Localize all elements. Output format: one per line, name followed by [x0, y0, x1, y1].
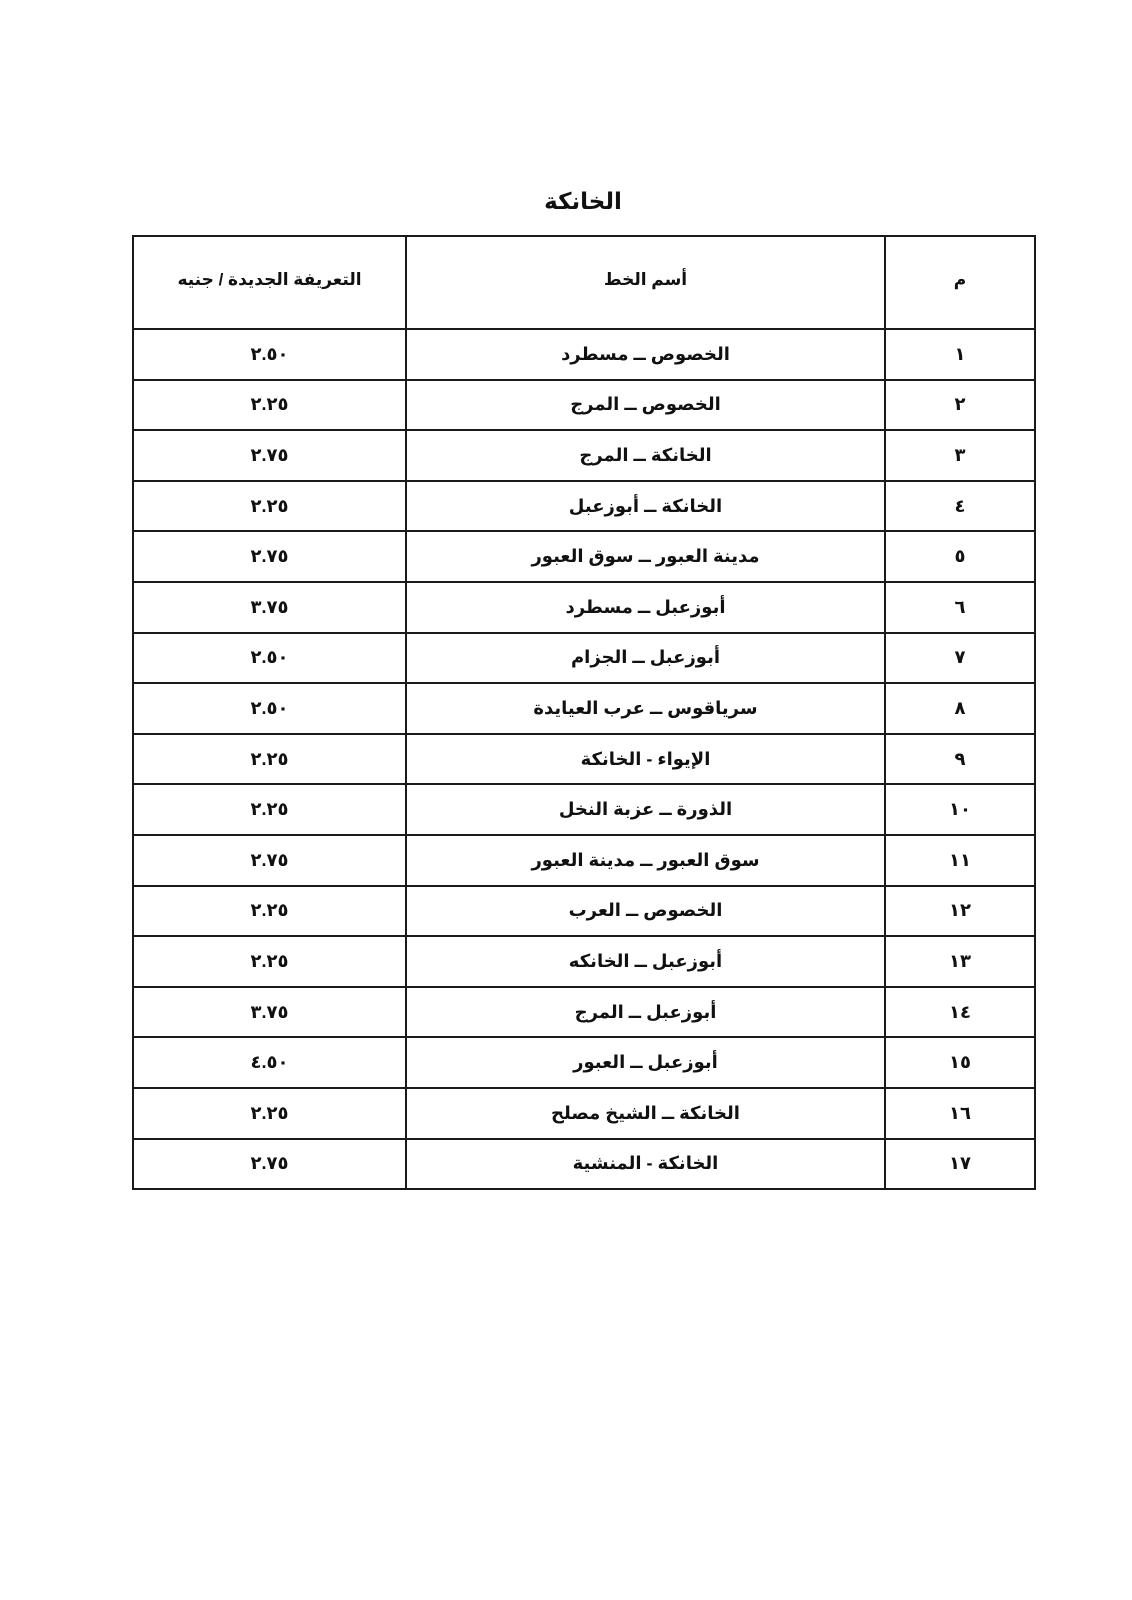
row-fare: ٢.٢٥ [133, 1088, 406, 1139]
table-row: ٥ مدينة العبور ــ سوق العبور ٢.٧٥ [133, 531, 1035, 582]
row-number: ٤ [885, 481, 1035, 532]
row-fare: ٢.٢٥ [133, 784, 406, 835]
row-number: ١٣ [885, 936, 1035, 987]
row-fare: ٢.٥٠ [133, 683, 406, 734]
row-fare: ٢.٥٠ [133, 329, 406, 380]
table-row: ٣ الخانكة ــ المرج ٢.٧٥ [133, 430, 1035, 481]
row-number: ٦ [885, 582, 1035, 633]
row-fare: ٣.٧٥ [133, 987, 406, 1038]
header-new-fare: التعريفة الجديدة / جنيه [133, 236, 406, 329]
row-line-name: أبوزعبل ــ المرج [406, 987, 885, 1038]
row-line-name: الخصوص ــ العرب [406, 886, 885, 937]
table-row: ٢ الخصوص ــ المرج ٢.٢٥ [133, 380, 1035, 431]
row-number: ٣ [885, 430, 1035, 481]
row-fare: ٣.٧٥ [133, 582, 406, 633]
row-line-name: الخانكة - المنشية [406, 1139, 885, 1190]
table-row: ١٦ الخانكة ــ الشيخ مصلح ٢.٢٥ [133, 1088, 1035, 1139]
row-fare: ٢.٥٠ [133, 633, 406, 684]
row-line-name: الخانكة ــ المرج [406, 430, 885, 481]
row-fare: ٢.٧٥ [133, 1139, 406, 1190]
table-row: ٩ الإيواء - الخانكة ٢.٢٥ [133, 734, 1035, 785]
header-line-name: أسم الخط [406, 236, 885, 329]
table-row: ١ الخصوص ــ مسطرد ٢.٥٠ [133, 329, 1035, 380]
table-row: ١١ سوق العبور ــ مدينة العبور ٢.٧٥ [133, 835, 1035, 886]
row-line-name: الذورة ــ عزبة النخل [406, 784, 885, 835]
row-line-name: أبوزعبل ــ الخانكه [406, 936, 885, 987]
row-number: ١٦ [885, 1088, 1035, 1139]
row-line-name: سوق العبور ــ مدينة العبور [406, 835, 885, 886]
row-fare: ٢.٢٥ [133, 481, 406, 532]
fare-table: م أسم الخط التعريفة الجديدة / جنيه ١ الخ… [132, 235, 1036, 1190]
row-number: ١٢ [885, 886, 1035, 937]
table-row: ١٠ الذورة ــ عزبة النخل ٢.٢٥ [133, 784, 1035, 835]
row-number: ١٥ [885, 1037, 1035, 1088]
row-line-name: الخانكة ــ أبوزعبل [406, 481, 885, 532]
table-row: ٦ أبوزعبل ــ مسطرد ٣.٧٥ [133, 582, 1035, 633]
table-row: ٤ الخانكة ــ أبوزعبل ٢.٢٥ [133, 481, 1035, 532]
row-line-name: مدينة العبور ــ سوق العبور [406, 531, 885, 582]
row-fare: ٢.٢٥ [133, 380, 406, 431]
row-number: ١٤ [885, 987, 1035, 1038]
row-number: ٥ [885, 531, 1035, 582]
row-fare: ٢.٧٥ [133, 430, 406, 481]
row-number: ١ [885, 329, 1035, 380]
row-number: ٢ [885, 380, 1035, 431]
row-number: ١٧ [885, 1139, 1035, 1190]
row-line-name: أبوزعبل ــ مسطرد [406, 582, 885, 633]
row-fare: ٢.٢٥ [133, 734, 406, 785]
row-fare: ٢.٢٥ [133, 886, 406, 937]
page-title: الخانكة [132, 186, 1034, 216]
row-number: ١٠ [885, 784, 1035, 835]
row-number: ٧ [885, 633, 1035, 684]
row-line-name: الخصوص ــ المرج [406, 380, 885, 431]
row-line-name: الخصوص ــ مسطرد [406, 329, 885, 380]
row-line-name: سرياقوس ــ عرب العيايدة [406, 683, 885, 734]
row-line-name: أبوزعبل ــ العبور [406, 1037, 885, 1088]
row-number: ١١ [885, 835, 1035, 886]
table-row: ١٥ أبوزعبل ــ العبور ٤.٥٠ [133, 1037, 1035, 1088]
table-header-row: م أسم الخط التعريفة الجديدة / جنيه [133, 236, 1035, 329]
row-line-name: الخانكة ــ الشيخ مصلح [406, 1088, 885, 1139]
row-fare: ٤.٥٠ [133, 1037, 406, 1088]
row-number: ٨ [885, 683, 1035, 734]
table-row: ٧ أبوزعبل ــ الجزام ٢.٥٠ [133, 633, 1035, 684]
table-row: ٨ سرياقوس ــ عرب العيايدة ٢.٥٠ [133, 683, 1035, 734]
table-row: ١٣ أبوزعبل ــ الخانكه ٢.٢٥ [133, 936, 1035, 987]
table-row: ١٢ الخصوص ــ العرب ٢.٢٥ [133, 886, 1035, 937]
row-line-name: أبوزعبل ــ الجزام [406, 633, 885, 684]
row-fare: ٢.٧٥ [133, 835, 406, 886]
table-row: ١٤ أبوزعبل ــ المرج ٣.٧٥ [133, 987, 1035, 1038]
row-line-name: الإيواء - الخانكة [406, 734, 885, 785]
row-number: ٩ [885, 734, 1035, 785]
table-row: ١٧ الخانكة - المنشية ٢.٧٥ [133, 1139, 1035, 1190]
row-fare: ٢.٢٥ [133, 936, 406, 987]
header-number: م [885, 236, 1035, 329]
row-fare: ٢.٧٥ [133, 531, 406, 582]
